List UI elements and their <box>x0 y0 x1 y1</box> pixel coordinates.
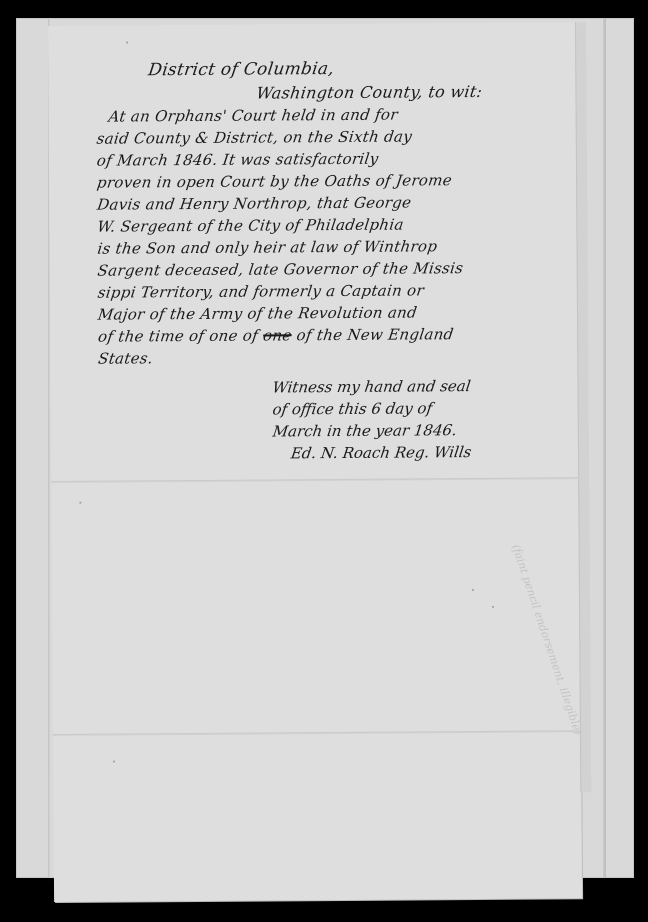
paper-speck <box>126 41 128 43</box>
fold-line-upper <box>51 477 579 483</box>
paper-speck <box>113 761 115 763</box>
paper-speck <box>492 606 494 608</box>
heading-district: District of Columbia, <box>95 56 578 81</box>
signature: Ed. N. Roach Reg. Wills <box>272 441 473 464</box>
attestation-line-1: Witness my hand and seal <box>271 375 472 398</box>
attestation-block: Witness my hand and seal of office this … <box>272 375 471 464</box>
certificate-text: District of Columbia, Washington County,… <box>96 56 578 369</box>
body-line-11-after: of the New England <box>290 325 454 344</box>
paper-speck <box>472 589 474 591</box>
struck-word: one <box>262 326 293 344</box>
body-line-12: States. <box>97 344 580 369</box>
paper-speck <box>79 502 81 504</box>
backing-right-edge <box>603 18 606 878</box>
fold-line-lower <box>53 730 581 736</box>
attestation-line-3: March in the year 1846. <box>271 419 472 442</box>
attestation-line-2: of office this 6 day of <box>271 397 472 420</box>
body-line-11-before: of the time of one of <box>97 326 264 345</box>
document-page: District of Columbia, Washington County,… <box>48 22 582 902</box>
faint-marginal-notes: (faint pencil endorsement, illegible) <box>408 543 541 638</box>
